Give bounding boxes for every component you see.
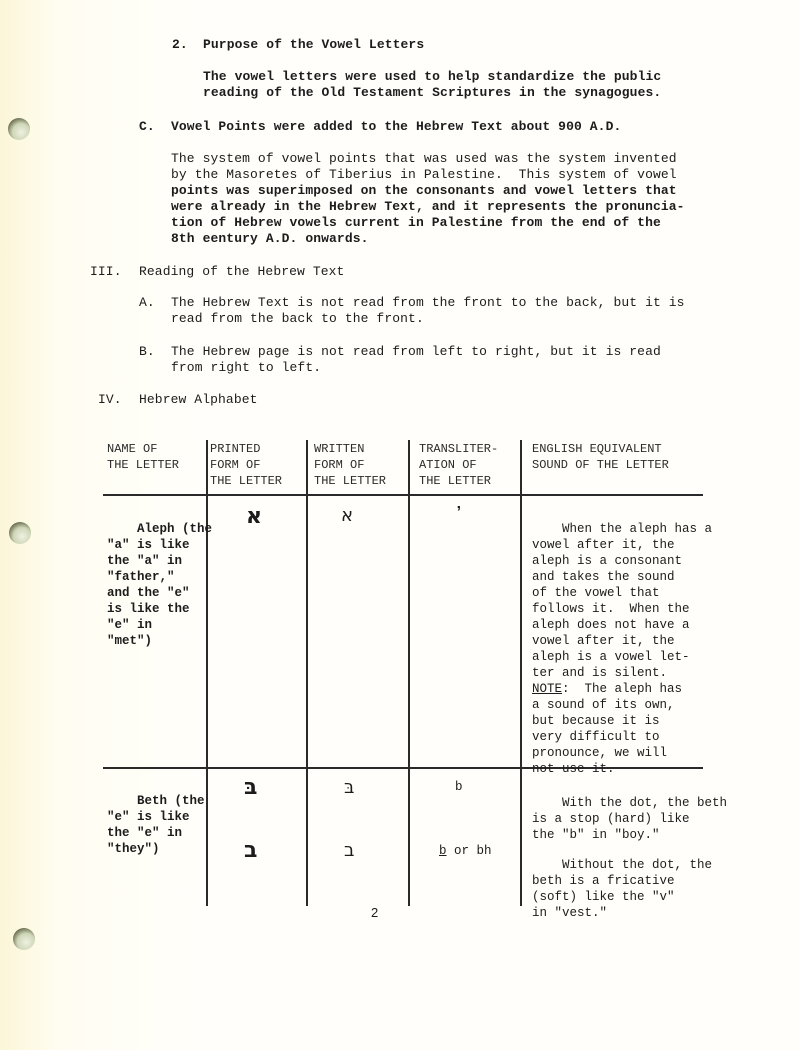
section-2-number: 2. — [172, 37, 188, 53]
body-line: 8th eentury A.D. onwards. — [171, 231, 685, 247]
beth-dagesh-written-form: בּ — [344, 779, 354, 797]
item-line: from right to left. — [171, 360, 661, 376]
aleph-printed-form: א — [246, 506, 262, 528]
column-divider — [408, 440, 410, 906]
section-iii-heading: Reading of the Hebrew Text — [139, 264, 344, 280]
binder-hole-bottom — [13, 928, 35, 950]
beth-sound: Without the dot, thebeth is a fricative(… — [532, 841, 712, 937]
column-divider — [306, 440, 308, 906]
column-header-sound: ENGLISH EQUIVALENTSOUND OF THE LETTER — [532, 441, 669, 473]
aleph-transliteration: ʼ — [454, 505, 464, 521]
column-header-transliteration: TRANSLITER-ATION OFTHE LETTER — [419, 441, 498, 489]
beth-name: Beth (the"e" is likethe "e" in"they") — [107, 777, 205, 873]
section-iv-heading: Hebrew Alphabet — [139, 392, 258, 408]
section-iii-numeral: III. — [90, 264, 122, 280]
aleph-name: Aleph (the"a" is likethe "a" in"father,"… — [107, 505, 212, 665]
column-header-printed: PRINTEDFORM OFTHE LETTER — [210, 441, 282, 489]
section-iii-item-b: The Hebrew page is not read from left to… — [171, 344, 661, 376]
beth-written-form: ב — [344, 842, 354, 860]
body-line: were already in the Hebrew Text, and it … — [171, 199, 685, 215]
body-line: The vowel letters were used to help stan… — [203, 69, 661, 85]
body-line: points was superimposed on the consonant… — [171, 183, 685, 199]
section-c-letter: C. — [139, 119, 155, 135]
binder-hole-middle — [9, 522, 31, 544]
body-line: by the Masoretes of Tiberius in Palestin… — [171, 167, 685, 183]
body-line: tion of Hebrew vowels current in Palesti… — [171, 215, 685, 231]
item-line: read from the back to the front. — [171, 311, 685, 327]
body-line: The system of vowel points that was used… — [171, 151, 685, 167]
column-header-name: NAME OFTHE LETTER — [107, 441, 179, 473]
page-number: 2 — [371, 905, 378, 920]
note-label: NOTE — [532, 682, 562, 696]
column-header-written: WRITTENFORM OFTHE LETTER — [314, 441, 386, 489]
beth-dagesh-transliteration: b — [455, 779, 463, 795]
item-line: The Hebrew page is not read from left to… — [171, 344, 661, 360]
section-c-heading: Vowel Points were added to the Hebrew Te… — [171, 119, 621, 135]
section-iii-item-a: The Hebrew Text is not read from the fro… — [171, 295, 685, 327]
binder-hole-top — [8, 118, 30, 140]
section-2-body: The vowel letters were used to help stan… — [203, 69, 661, 101]
item-line: The Hebrew Text is not read from the fro… — [171, 295, 685, 311]
beth-printed-form: ב — [244, 840, 257, 862]
header-rule — [103, 494, 703, 496]
aleph-written-form: א — [341, 507, 353, 525]
section-iii-item-a-letter: A. — [139, 295, 155, 311]
section-iv-numeral: IV. — [98, 392, 122, 408]
section-iii-item-b-letter: B. — [139, 344, 155, 360]
aleph-sound: When the aleph has avowel after it, thea… — [532, 505, 712, 793]
body-line: reading of the Old Testament Scriptures … — [203, 85, 661, 101]
beth-dagesh-printed-form: בּ — [244, 777, 257, 799]
section-2-heading: Purpose of the Vowel Letters — [203, 37, 424, 53]
section-c-body: The system of vowel points that was used… — [171, 151, 685, 247]
beth-transliteration: b or bh — [439, 843, 492, 859]
column-divider — [520, 440, 522, 906]
